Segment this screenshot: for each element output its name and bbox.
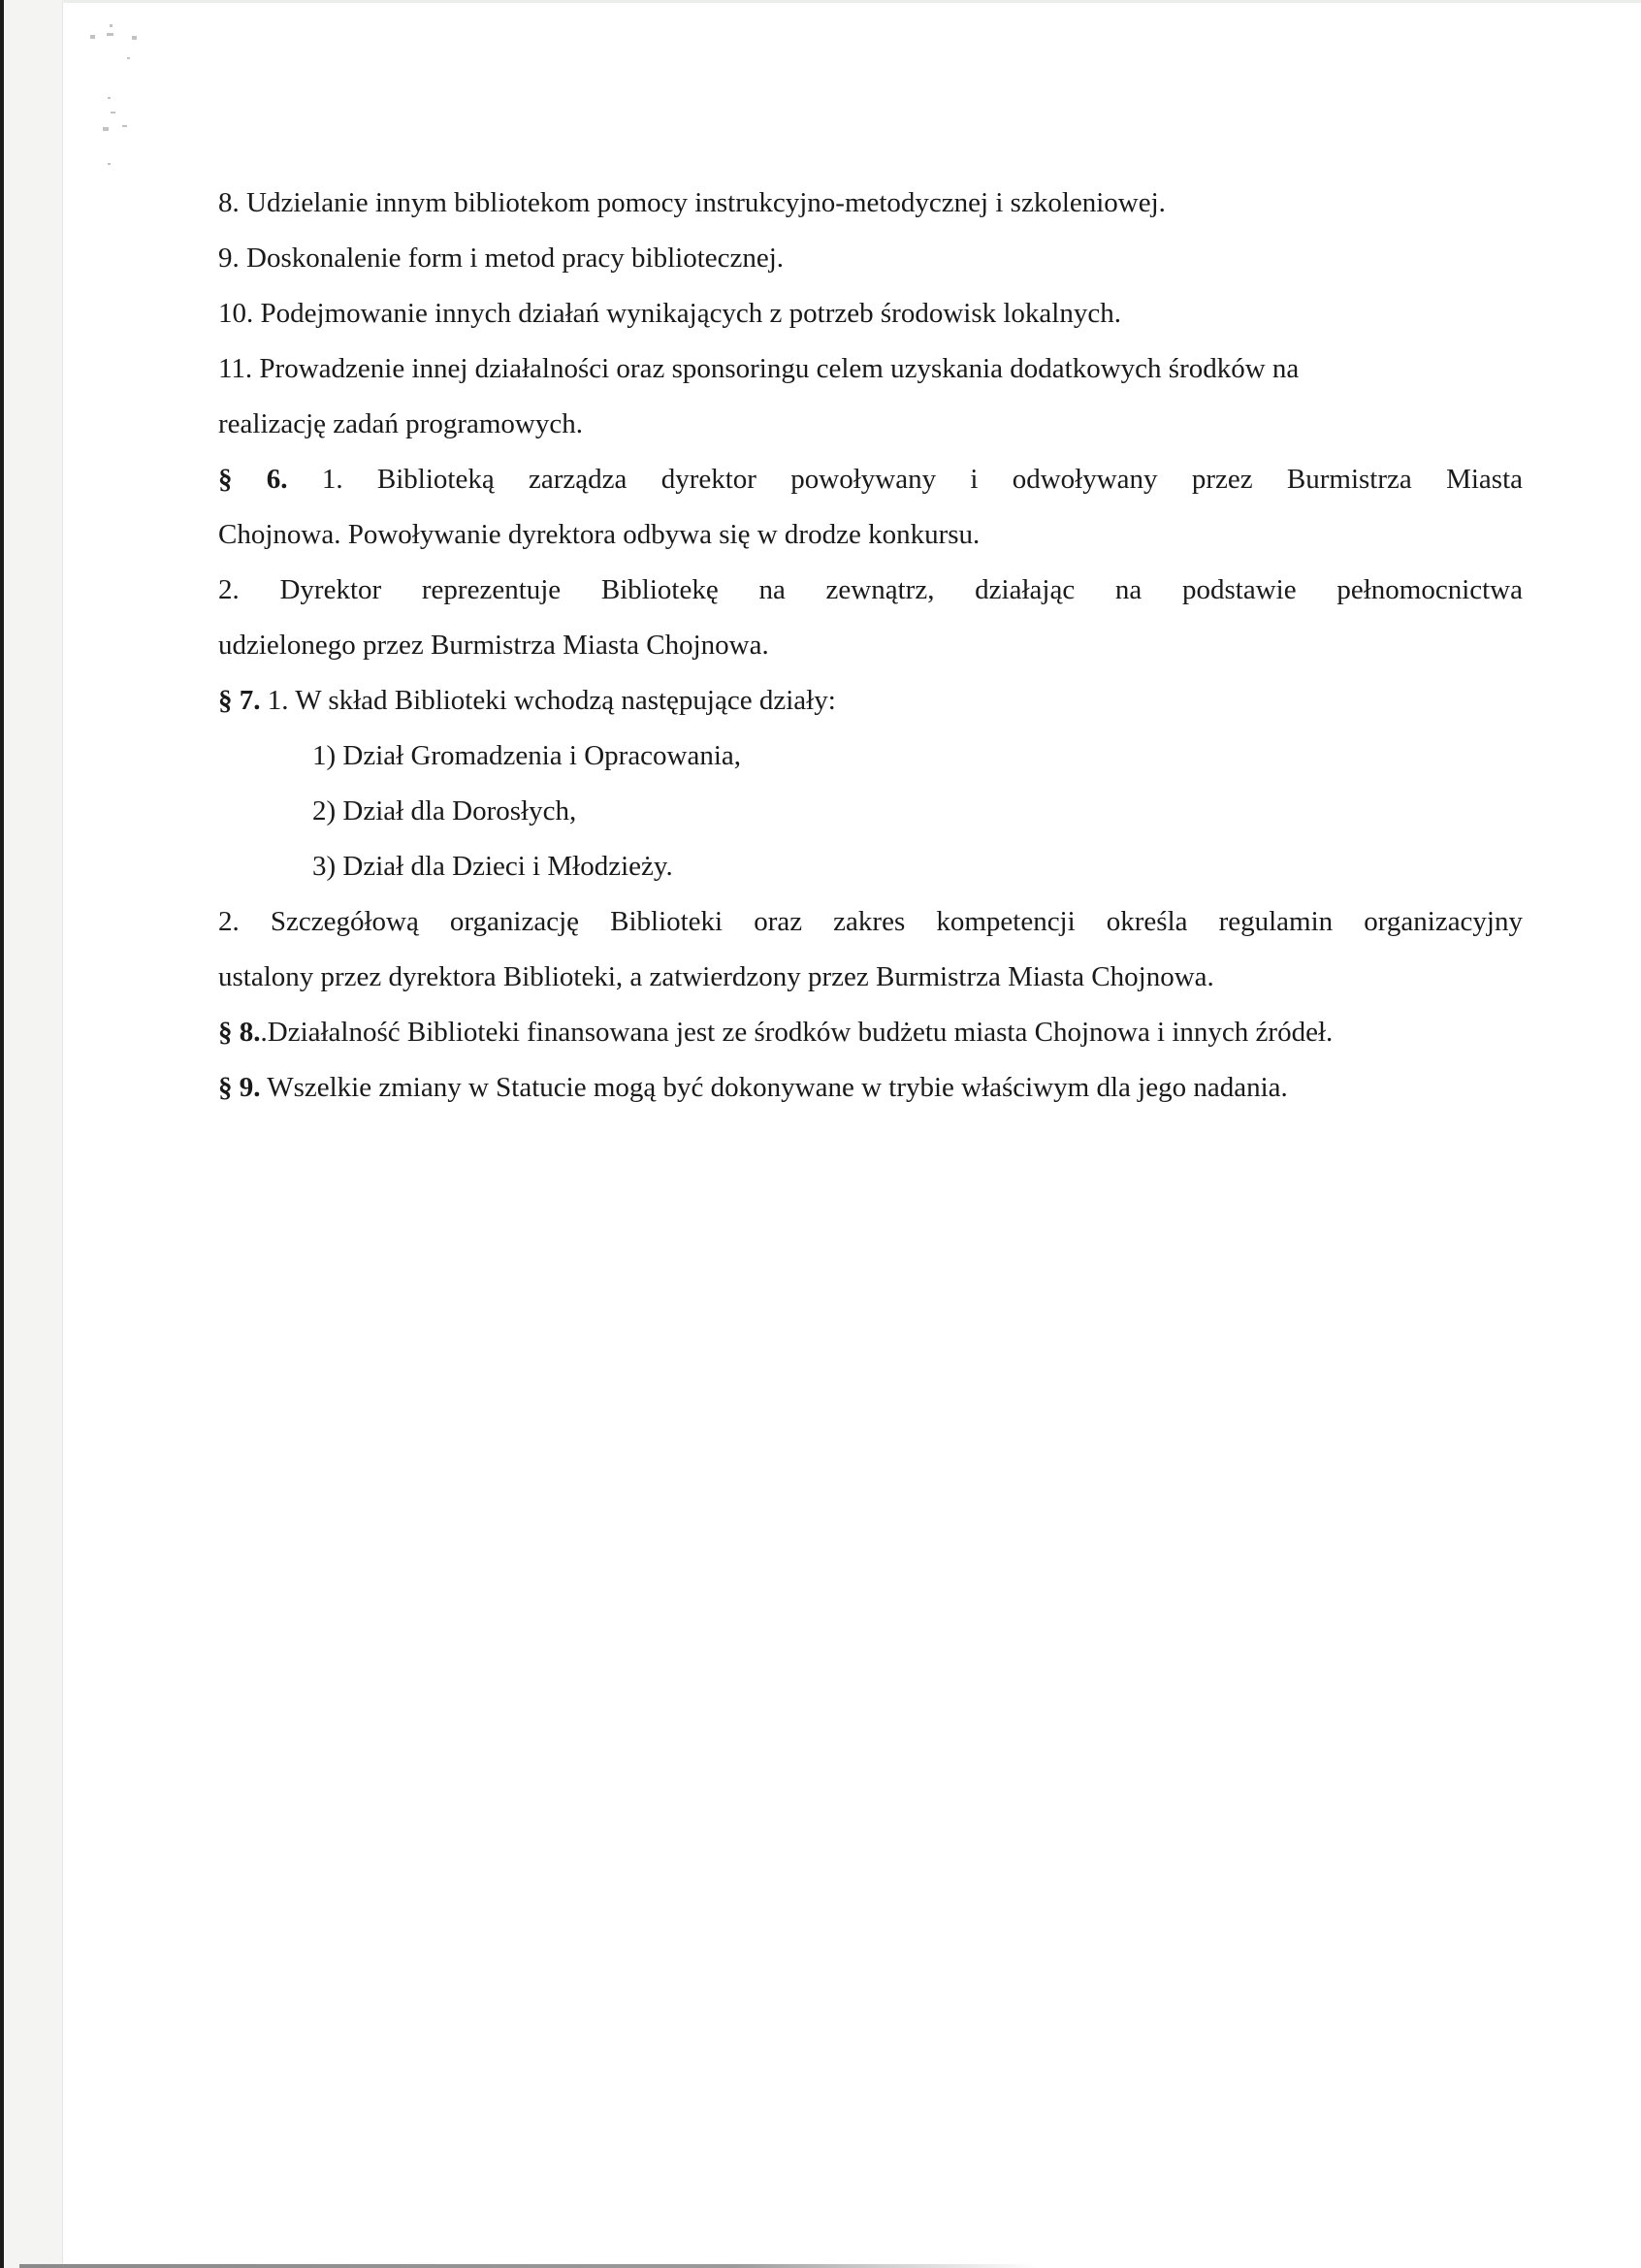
scan-speck [110,24,113,27]
line-text: udzielonego przez Burmistrza Miasta Choj… [218,630,769,661]
line-text: realizację zadań programowych. [218,408,583,439]
line-text: 1) Dział Gromadzenia i Opracowania, [312,740,741,771]
line-text: Wszelkie zmiany w Statucie mogą być doko… [261,1072,1288,1103]
department-item-2: 2) Dział dla Dorosłych, [218,793,1523,829]
line-text: 1. W skład Biblioteki wchodzą następując… [261,685,836,716]
department-item-3: 3) Dział dla Dzieci i Młodzieży. [218,848,1523,885]
department-item-1: 1) Dział Gromadzenia i Opracowania, [218,737,1523,774]
section-6-paragraph-1-continued: Chojnowa. Powoływanie dyrektora odbywa s… [218,516,1523,553]
list-item-10: 10. Podejmowanie innych działań wynikają… [218,295,1523,332]
section-number: § 8. [218,1017,261,1048]
list-item-8: 8. Udzielanie innym bibliotekom pomocy i… [218,184,1523,221]
section-6-paragraph-2-continued: udzielonego przez Burmistrza Miasta Choj… [218,627,1523,664]
scan-speck [107,33,113,36]
section-8: § 8..Działalność Biblioteki finansowana … [218,1014,1523,1051]
line-text: 1. Biblioteką zarządza dyrektor powoływa… [288,464,1523,495]
scan-left-margin-strip [4,0,63,2268]
scan-speck [127,57,130,59]
list-item-9: 9. Doskonalenie form i metod pracy bibli… [218,240,1523,276]
line-text: 11. Prowadzenie innej działalności oraz … [218,353,1299,384]
line-text: ustalony przez dyrektora Biblioteki, a z… [218,961,1214,992]
section-6-paragraph-2: 2. Dyrektor reprezentuje Bibliotekę na z… [218,571,1523,608]
section-7-paragraph-1: § 7. 1. W skład Biblioteki wchodzą nastę… [218,682,1523,719]
section-number: § 9. [218,1072,261,1103]
scan-bottom-edge [19,2264,1038,2268]
line-text: .Działalność Biblioteki finansowana jest… [261,1017,1334,1048]
line-text: 9. Doskonalenie form i metod pracy bibli… [218,243,784,274]
section-6-paragraph-1: § 6. 1. Biblioteką zarządza dyrektor pow… [218,461,1523,498]
line-text: 2) Dział dla Dorosłych, [312,795,576,826]
section-number: § 7. [218,685,261,716]
scan-speck [90,35,95,39]
section-7-paragraph-2-continued: ustalony przez dyrektora Biblioteki, a z… [218,958,1523,995]
list-item-11-continued: realizację zadań programowych. [218,405,1523,442]
line-text: Chojnowa. Powoływanie dyrektora odbywa s… [218,519,980,550]
line-text: 2. Szczegółową organizację Biblioteki or… [218,906,1523,937]
scan-speck [103,127,109,131]
line-text: 10. Podejmowanie innych działań wynikają… [218,298,1121,329]
scan-speck [108,97,111,99]
scan-speck [122,125,127,127]
section-7-paragraph-2: 2. Szczegółową organizację Biblioteki or… [218,903,1523,940]
list-item-11: 11. Prowadzenie innej działalności oraz … [218,350,1523,387]
scan-speck [111,112,115,113]
line-text: 2. Dyrektor reprezentuje Bibliotekę na z… [218,574,1523,605]
document-page: 8. Udzielanie innym bibliotekom pomocy i… [218,184,1523,1124]
section-number: § 6. [218,464,288,495]
line-text: 3) Dział dla Dzieci i Młodzieży. [312,851,673,882]
scan-speck [132,36,137,40]
scan-speck [108,163,111,165]
line-text: 8. Udzielanie innym bibliotekom pomocy i… [218,187,1166,218]
scan-top-edge [62,0,1641,3]
section-9: § 9. Wszelkie zmiany w Statucie mogą być… [218,1069,1523,1106]
